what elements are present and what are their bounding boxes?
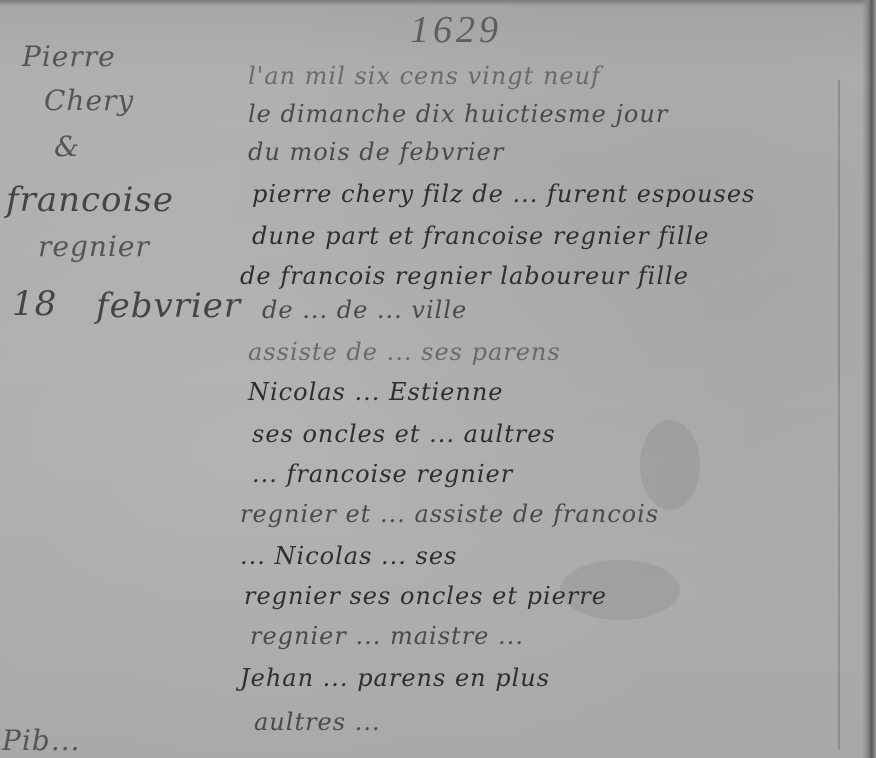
body-line: de francois regnier laboureur fille [240,262,689,290]
page-binding-edge [862,0,876,758]
body-line: ses oncles et ... aultres [252,420,556,448]
body-line: ... francoise regnier [252,460,513,488]
body-line: regnier et ... assiste de francois [240,500,659,528]
body-line: Jehan ... parens en plus [240,664,550,692]
register-page: 1629 Pierre Chery & francoise regnier 18… [0,0,876,758]
body-line: le dimanche dix huictiesme jour [248,100,668,128]
margin-bride-first-name: francoise [6,180,174,220]
margin-month: febvrier [96,286,241,326]
year-heading: 1629 [410,8,502,52]
body-line: regnier ... maistre ... [250,622,524,650]
ink-stain [640,420,700,510]
body-line: assiste de ... ses parens [248,338,561,366]
body-line: regnier ses oncles et pierre [244,582,607,610]
margin-groom-surname: Chery [44,84,134,117]
page-top-shadow [0,0,876,6]
margin-ampersand: & [54,130,80,163]
body-line: pierre chery filz de ... furent espouses [252,180,755,208]
margin-bride-surname: regnier [38,230,150,263]
body-line: aultres ... [254,708,381,736]
body-line: l'an mil six cens vingt neuf [248,62,601,90]
bottom-margin-fragment: Pib... [2,724,80,757]
body-line: Nicolas ... Estienne [248,378,504,406]
body-line: dune part et francoise regnier fille [252,222,709,250]
margin-rule [838,80,840,750]
body-line: ... Nicolas ... ses [240,542,457,570]
margin-day: 18 [12,284,57,324]
margin-groom-first-name: Pierre [22,40,116,73]
body-line: du mois de febvrier [248,138,504,166]
body-line: de ... de ... ville [262,296,467,324]
